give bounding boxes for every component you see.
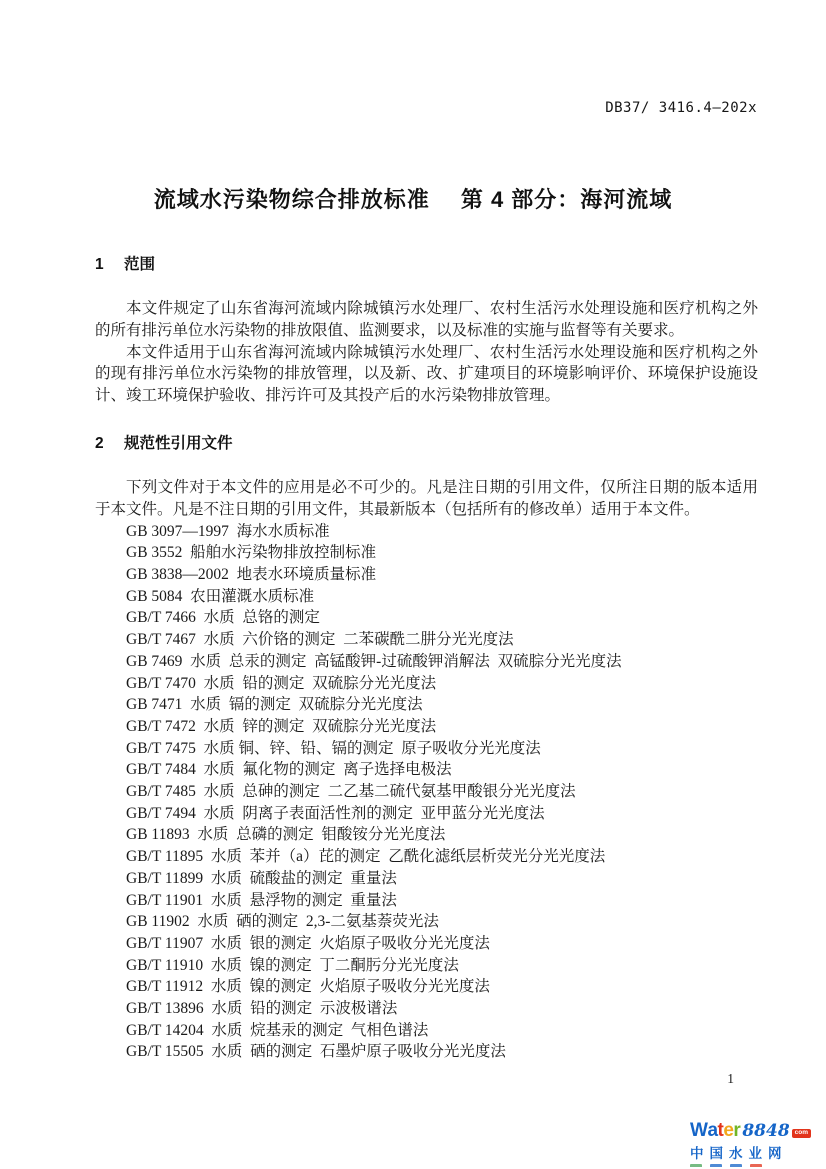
watermark-chip — [750, 1164, 762, 1167]
reference-item: GB/T 11895 水质 苯并（a）芘的测定 乙酰化滤纸层析荧光分光光度法 — [95, 846, 758, 868]
reference-item: GB 7471 水质 镉的测定 双硫腙分光光度法 — [95, 694, 758, 716]
section-1-number: 1 — [95, 256, 104, 274]
section-1-paragraph: 本文件适用于山东省海河流域内除城镇污水处理厂、农村生活污水处理设施和医疗机构之外… — [95, 342, 758, 407]
section-2-paragraph: 下列文件对于本文件的应用是必不可少的。凡是注日期的引用文件，仅所注日期的版本适用… — [95, 477, 758, 521]
reference-item: GB/T 7472 水质 锌的测定 双硫腙分光光度法 — [95, 716, 758, 738]
reference-item: GB/T 7466 水质 总铬的测定 — [95, 607, 758, 629]
reference-item: GB/T 11912 水质 镍的测定 火焰原子吸收分光光度法 — [95, 976, 758, 998]
watermark-letter-a: a — [707, 1121, 717, 1140]
reference-item: GB/T 7475 水质 铜、锌、铅、镉的测定 原子吸收分光光度法 — [95, 738, 758, 760]
doc-code: DB37/ 3416.4—202x — [605, 100, 757, 116]
reference-item: GB/T 7485 水质 总砷的测定 二乙基二硫代氨基甲酸银分光光度法 — [95, 781, 758, 803]
water8848-watermark-logo: W a t e r 8848 com 中国水业网 — [690, 1121, 822, 1167]
reference-item: GB/T 11907 水质 银的测定 火焰原子吸收分光光度法 — [95, 933, 758, 955]
watermark-letter-w: W — [690, 1121, 707, 1140]
reference-item: GB 11902 水质 硒的测定 2,3-二氨基萘荧光法 — [95, 911, 758, 933]
reference-item: GB/T 7467 水质 六价铬的测定 二苯碳酰二肼分光光度法 — [95, 629, 758, 651]
watermark-letter-e: e — [723, 1121, 733, 1140]
reference-item: GB/T 14204 水质 烷基汞的测定 气相色谱法 — [95, 1020, 758, 1042]
watermark-chip — [730, 1164, 742, 1167]
watermark-cutoff-row — [690, 1164, 822, 1167]
reference-item: GB/T 11910 水质 镍的测定 丁二酮肟分光光度法 — [95, 955, 758, 977]
doc-title-part1: 流域水污染物综合排放标准 — [154, 187, 430, 212]
document-page: DB37/ 3416.4—202x 流域水污染物综合排放标准 第 4 部分：海河… — [0, 0, 826, 1169]
reference-item: GB/T 7484 水质 氟化物的测定 离子选择电极法 — [95, 759, 758, 781]
watermark-tagline: 中国水业网 — [690, 1142, 822, 1162]
watermark-chip — [690, 1164, 702, 1167]
reference-item: GB/T 7494 水质 阴离子表面活性剂的测定 亚甲蓝分光光度法 — [95, 803, 758, 825]
doc-title-part2: 第 4 部分：海河流域 — [461, 187, 672, 212]
document-body: 1 范围 本文件规定了山东省海河流域内除城镇污水处理厂、农村生活污水处理设施和医… — [95, 250, 758, 1063]
section-2-number: 2 — [95, 435, 104, 453]
watermark-number: 8848 — [742, 1123, 789, 1140]
reference-item: GB/T 13896 水质 铅的测定 示波极谱法 — [95, 998, 758, 1020]
watermark-domain-badge: com — [792, 1129, 811, 1138]
page-number: 1 — [727, 1071, 734, 1087]
doc-title: 流域水污染物综合排放标准 第 4 部分：海河流域 — [60, 183, 766, 214]
reference-item: GB 5084 农田灌溉水质标准 — [95, 586, 758, 608]
section-1-heading: 1 范围 — [95, 252, 758, 274]
watermark-letter-r: r — [733, 1121, 740, 1140]
reference-item: GB/T 11901 水质 悬浮物的测定 重量法 — [95, 890, 758, 912]
section-1-label: 范围 — [124, 252, 155, 274]
reference-item: GB 3838—2002 地表水环境质量标准 — [95, 564, 758, 586]
reference-item: GB/T 15505 水质 硒的测定 石墨炉原子吸收分光光度法 — [95, 1041, 758, 1063]
reference-item: GB/T 11899 水质 硫酸盐的测定 重量法 — [95, 868, 758, 890]
reference-item: GB/T 7470 水质 铅的测定 双硫腙分光光度法 — [95, 673, 758, 695]
reference-item: GB 7469 水质 总汞的测定 高锰酸钾-过硫酸钾消解法 双硫腙分光光度法 — [95, 651, 758, 673]
reference-item: GB 3097—1997 海水水质标准 — [95, 521, 758, 543]
reference-list: GB 3097—1997 海水水质标准 GB 3552 船舶水污染物排放控制标准… — [95, 521, 758, 1064]
reference-item: GB 11893 水质 总磷的测定 钼酸铵分光光度法 — [95, 824, 758, 846]
section-2-heading: 2 规范性引用文件 — [95, 431, 758, 453]
reference-item: GB 3552 船舶水污染物排放控制标准 — [95, 542, 758, 564]
section-2-label: 规范性引用文件 — [124, 431, 233, 453]
watermark-chip — [710, 1164, 722, 1167]
watermark-brand: W a t e r 8848 com — [690, 1121, 822, 1140]
section-1-paragraph: 本文件规定了山东省海河流域内除城镇污水处理厂、农村生活污水处理设施和医疗机构之外… — [95, 298, 758, 342]
